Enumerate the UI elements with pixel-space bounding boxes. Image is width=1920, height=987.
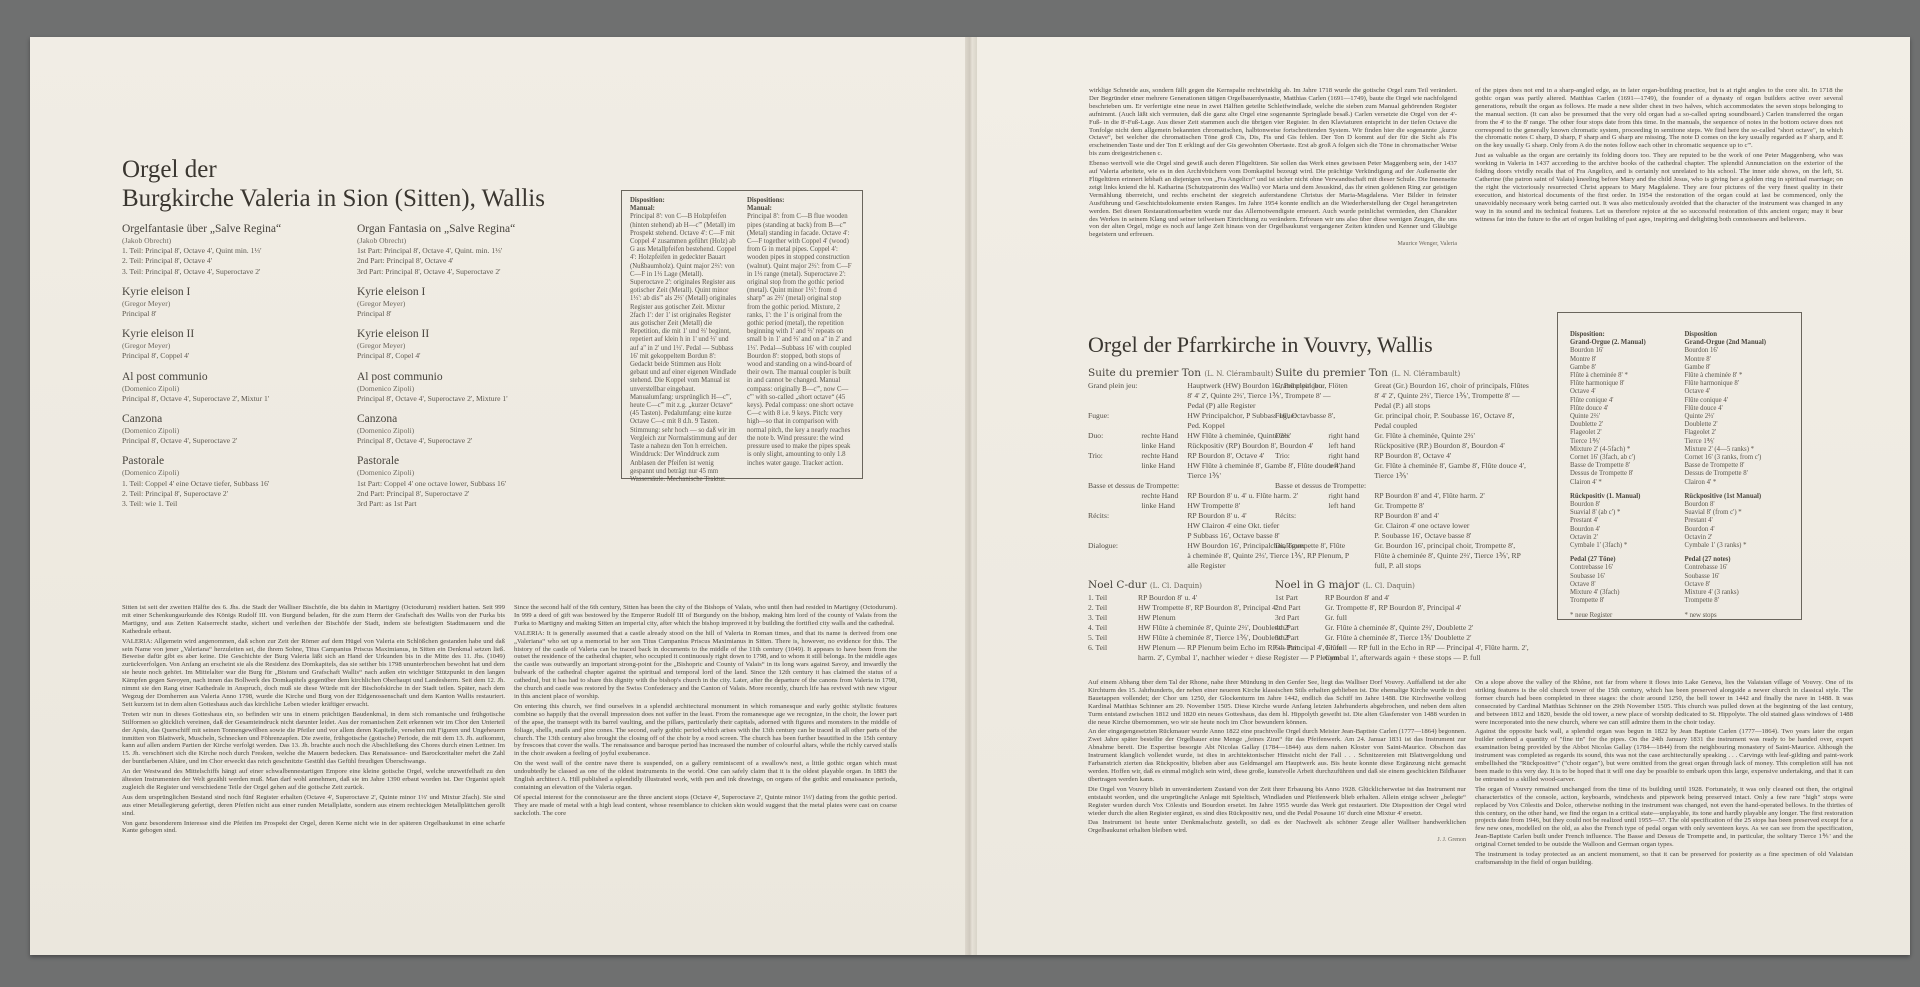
piece-composer: (Domenico Zipoli) xyxy=(122,468,332,478)
page-title-valeria: Orgel der Burgkirche Valeria in Sion (Si… xyxy=(122,155,545,213)
row-registration: P. Soubasse 16', Octave basse 8' xyxy=(1374,531,1535,541)
registration-row: Duo:right handGr. Flûte à cheminée, Quin… xyxy=(1275,431,1535,441)
registration-row: Basse et dessus de Trompette: xyxy=(1275,481,1535,491)
registration-line: Principal 8', Octave 4', Superoctave 2',… xyxy=(357,394,567,404)
footnote: * new stops xyxy=(1685,612,1790,620)
registration-line: Principal 8', Octave 4', Superoctave 2',… xyxy=(122,394,332,404)
history-english-continued: of the pipes does not end in a sharp-ang… xyxy=(1475,87,1843,299)
piece-composer: (Gregor Meyer) xyxy=(122,341,332,351)
paragraph: Of special interest for the connoisseur … xyxy=(514,794,897,818)
hand-label xyxy=(1328,411,1374,431)
stop: Cornet 16' (3 ranks, from c') xyxy=(1685,454,1790,462)
history-english: Since the second half of the 6th century… xyxy=(514,604,897,934)
row-label: Grand plein jeu: xyxy=(1088,381,1141,411)
disposition-heading: Disposition xyxy=(1685,331,1790,339)
registration-row: Gr. Clairon 4' one octave lower xyxy=(1275,521,1535,531)
stop: Bourdon 4' xyxy=(1570,526,1675,534)
hand-label xyxy=(1328,531,1374,541)
row-label: 4th Part xyxy=(1275,623,1325,633)
hand-label xyxy=(1328,541,1374,571)
program-piece: Canzona(Domenico Zipoli)Principal 8', Oc… xyxy=(357,412,567,446)
piece-composer: (Gregor Meyer) xyxy=(122,299,332,309)
disposition-box-valeria: Disposition: Manual: Principal 8': von C… xyxy=(621,190,863,479)
registration-row: left handGr. Trompette 8' xyxy=(1275,501,1535,511)
stop: Bourdon 8' xyxy=(1685,501,1790,509)
row-label: 6th Part xyxy=(1275,643,1325,663)
piece-title: Organ Fantasia on „Salve Regina“ xyxy=(357,222,567,236)
row-label xyxy=(1088,531,1141,541)
paragraph: An der eingegengesetzten Rückmauer wurde… xyxy=(1088,728,1466,783)
stop: Flûte conique 4' xyxy=(1685,397,1790,405)
row-registration: RP Bourdon 8', Octave 4' xyxy=(1374,451,1535,461)
row-label xyxy=(1275,491,1328,501)
paragraph: Against the opposite back wall, a splend… xyxy=(1475,728,1853,783)
row-label: 2. Teil xyxy=(1088,603,1138,613)
paragraph: On a slope above the valley of the Rhône… xyxy=(1475,679,1853,726)
piece-composer: (Domenico Zipoli) xyxy=(357,468,567,478)
disposition-text: Principal 8': from C—B flue wooden pipes… xyxy=(747,213,854,467)
stop: Flûte douce 4' xyxy=(1570,405,1675,413)
hand-label: linke Hand xyxy=(1141,461,1187,481)
registration-line: Principal 8' xyxy=(122,309,332,319)
row-label xyxy=(1275,521,1328,531)
stop: Doublette 2' xyxy=(1685,421,1790,429)
registration-line: 1st Part: Coppel 4' one octave lower, Su… xyxy=(357,479,567,489)
hand-label: left hand xyxy=(1328,441,1374,451)
paragraph: Aus dem ursprünglichen Bestand sind noch… xyxy=(122,794,505,818)
row-label: Récits: xyxy=(1088,511,1141,521)
paragraph: of the pipes does not end in a sharp-ang… xyxy=(1475,87,1843,150)
piece-composer: (Domenico Zipoli) xyxy=(357,426,567,436)
piece-composer: (Jakob Obrecht) xyxy=(122,236,332,246)
section-pedal: Pedal (27 notes) xyxy=(1685,556,1790,564)
row-registration: Gr. Flûte à cheminée 8', Quinte 2⅔', Dou… xyxy=(1325,623,1535,633)
program-english: Organ Fantasia on „Salve Regina“(Jakob O… xyxy=(357,222,567,517)
piece-title: Pastorale xyxy=(122,454,332,468)
program-piece: Pastorale(Domenico Zipoli)1st Part: Copp… xyxy=(357,454,567,509)
stop: Contrebasse 16' xyxy=(1570,564,1675,572)
disposition-english: Dispositions: Manual: Principal 8': from… xyxy=(747,197,854,484)
row-label xyxy=(1088,461,1141,481)
piece-composer: (Domenico Zipoli) xyxy=(357,384,567,394)
registration-line: 3rd Part: Principal 8', Octave 4', Super… xyxy=(357,267,567,277)
registration-line: 2nd Part: Principal 8', Superoctave 2' xyxy=(357,489,567,499)
registration-line: 2nd Part: Principal 8', Octave 4' xyxy=(357,256,567,266)
footnote: * neue Register xyxy=(1570,612,1675,620)
manual-heading: Manual: xyxy=(747,205,854,213)
row-label: 4. Teil xyxy=(1088,623,1138,633)
row-registration: Great (Gr.) Bourdon 16', choir of princi… xyxy=(1374,381,1535,411)
program-piece: Orgelfantasie über „Salve Regina“(Jakob … xyxy=(122,222,332,277)
stop: Trompette 8' xyxy=(1685,597,1790,605)
paragraph: wirklige Schneide aus, sondern fällt geg… xyxy=(1089,87,1457,158)
program-piece: Al post communio(Domenico Zipoli)Princip… xyxy=(122,370,332,404)
row-label: Fugue: xyxy=(1275,411,1328,431)
piece-title: Kyrie eleison I xyxy=(122,285,332,299)
registration-table: Grand plein jeu:Great (Gr.) Bourdon 16',… xyxy=(1275,381,1535,571)
stop: Dessus de Trompette 8' xyxy=(1685,470,1790,478)
row-registration: RP Bourdon 8' and 4', Flûte harm. 2' xyxy=(1374,491,1535,501)
section-grand-orgue: Grand-Orgue (2. Manual) xyxy=(1570,339,1675,347)
stop: Flûte douce 4' xyxy=(1685,405,1790,413)
piece-composer: (Gregor Meyer) xyxy=(357,341,567,351)
piece-title: Al post communio xyxy=(122,370,332,384)
row-label: Duo: xyxy=(1275,431,1328,441)
stop: Mixture 2' (4—5 ranks) * xyxy=(1685,446,1790,454)
registration-row: Récits:RP Bourdon 8' and 4' xyxy=(1275,511,1535,521)
hand-label: left hand xyxy=(1328,501,1374,511)
program-piece: Al post communio(Domenico Zipoli)Princip… xyxy=(357,370,567,404)
row-registration: Gr. Trompette 8' xyxy=(1374,501,1535,511)
stop: Gambe 8' xyxy=(1685,364,1790,372)
signature: J. J. Grenon xyxy=(1088,837,1466,845)
program-piece: Kyrie eleison I(Gregor Meyer)Principal 8… xyxy=(357,285,567,319)
piece-title: Al post communio xyxy=(357,370,567,384)
hand-label xyxy=(1141,541,1187,571)
registration-row: left handGr. Flûte à cheminée 8', Gambe … xyxy=(1275,461,1535,481)
hand-label: right hand xyxy=(1328,451,1374,461)
row-label: Basse et dessus de Trompette: xyxy=(1275,481,1535,491)
stop: Prestant 4' xyxy=(1570,517,1675,525)
registration-row: 1st PartRP Bourdon 8' and 4' xyxy=(1275,593,1535,603)
hand-label xyxy=(1141,411,1187,431)
hand-label: right hand xyxy=(1328,491,1374,501)
stop: Quinte 2⅔' xyxy=(1685,413,1790,421)
registration-line: 1. Teil: Principal 8', Octave 4', Quint … xyxy=(122,246,332,256)
registration-row: P. Soubasse 16', Octave basse 8' xyxy=(1275,531,1535,541)
program-piece: Kyrie eleison II(Gregor Meyer)Principal … xyxy=(357,327,567,361)
stop: Tierce 1⅗' xyxy=(1570,438,1675,446)
stop: Bourdon 8' xyxy=(1570,501,1675,509)
piece-composer: (Domenico Zipoli) xyxy=(122,384,332,394)
hand-label: rechte Hand xyxy=(1141,491,1187,501)
stop: Flageolet 2' xyxy=(1570,429,1675,437)
registration-row: 2nd PartGr. Trompette 8', RP Bourdon 8',… xyxy=(1275,603,1535,613)
record-sleeve-insert: Orgel der Burgkirche Valeria in Sion (Si… xyxy=(30,37,1910,955)
stop: Contrebasse 16' xyxy=(1685,564,1790,572)
registration-line: Principal 8' xyxy=(357,309,567,319)
stop: Basse de Trompette 8' xyxy=(1685,462,1790,470)
history-german: Sitten ist seit der zweiten Hälfte des 6… xyxy=(122,604,505,934)
stop: Cornet 16' (3fach, ab c') xyxy=(1570,454,1675,462)
row-registration: Gr. Flûte à cheminée 8', Gambe 8', Flûte… xyxy=(1374,461,1535,481)
stop: Suavial 8' (ab c') * xyxy=(1570,509,1675,517)
row-label: 5th Part xyxy=(1275,633,1325,643)
paragraph: Ebenso wertvoll wie die Orgel sind gewiß… xyxy=(1089,160,1457,239)
row-registration: Rückpositive (RP.) Bourdon 8', Bourdon 4… xyxy=(1374,441,1535,451)
section-grand-orgue: Grand-Orgue (2nd Manual) xyxy=(1685,339,1790,347)
section-rueckpositiv: Rückpositiv (1. Manual) xyxy=(1570,493,1675,501)
row-label: 3rd Part xyxy=(1275,613,1325,623)
row-registration: RP Bourdon 8' and 4' xyxy=(1325,593,1535,603)
row-label xyxy=(1275,501,1328,511)
stop: Mixture 2' (4-5fach) * xyxy=(1570,446,1675,454)
registration-row: right handRP Bourdon 8' and 4', Flûte ha… xyxy=(1275,491,1535,501)
stop: Cymbale 1' (3 ranks) * xyxy=(1685,542,1790,550)
stop: Bourdon 16' xyxy=(1685,347,1790,355)
piece-title: Pastorale xyxy=(357,454,567,468)
row-label xyxy=(1088,441,1141,451)
suite-title: Suite du premier Ton (L. N. Clérambault) xyxy=(1275,367,1535,379)
row-label: Dialogue: xyxy=(1088,541,1141,571)
paragraph: On the west wall of the centre nave ther… xyxy=(514,760,897,792)
row-label xyxy=(1088,501,1141,511)
registration-line: 3. Teil: Principal 8', Octave 4', Supero… xyxy=(122,267,332,277)
row-registration: Gr. Bourdon 16', principal choir, Trompe… xyxy=(1374,541,1535,571)
disposition-german: Disposition: Manual: Principal 8': von C… xyxy=(630,197,737,484)
paragraph: The organ of Vouvry remained unchanged f… xyxy=(1475,786,1853,849)
piece-title: Canzona xyxy=(122,412,332,426)
registration-line: 1. Teil: Coppel 4' eine Octave tiefer, S… xyxy=(122,479,332,489)
right-page: wirklige Schneide aus, sondern fällt geg… xyxy=(977,37,1910,955)
stop: Octave 4' xyxy=(1570,388,1675,396)
row-registration: Gr. full — RP full in the Echo in RP — P… xyxy=(1325,643,1535,663)
stop: Montre 8' xyxy=(1570,356,1675,364)
center-fold xyxy=(965,37,977,955)
row-registration: Gr. Clairon 4' one octave lower xyxy=(1374,521,1535,531)
registration-row: 5th PartGr. Flûte à cheminée 8', Tierce … xyxy=(1275,633,1535,643)
stop: Quinte 2⅔' xyxy=(1570,413,1675,421)
registration-line: 1st Part: Principal 8', Octave 4', Quint… xyxy=(357,246,567,256)
row-label: 6. Teil xyxy=(1088,643,1138,663)
paragraph: Treten wir nun in dieses Gotteshaus ein,… xyxy=(122,711,505,766)
program-piece: Kyrie eleison I(Gregor Meyer)Principal 8… xyxy=(122,285,332,319)
row-label: Grand plein jeu: xyxy=(1275,381,1328,411)
registration-row: 4th PartGr. Flûte à cheminée 8', Quinte … xyxy=(1275,623,1535,633)
title-line-2: Burgkirche Valeria in Sion (Sitten), Wal… xyxy=(122,184,545,213)
registration-row: Trio:right handRP Bourdon 8', Octave 4' xyxy=(1275,451,1535,461)
row-registration: Gr. Flûte à cheminée 8', Tierce 1⅗' Doub… xyxy=(1325,633,1535,643)
row-label xyxy=(1275,441,1328,451)
piece-composer: (Jakob Obrecht) xyxy=(357,236,567,246)
hand-label: rechte Hand xyxy=(1141,431,1187,441)
stop: Soubasse 16' xyxy=(1685,573,1790,581)
paragraph: VALERIA: Allgemein wird angenommen, daß … xyxy=(122,638,505,709)
program-piece: Organ Fantasia on „Salve Regina“(Jakob O… xyxy=(357,222,567,277)
stop: Prestant 4' xyxy=(1685,517,1790,525)
row-label: Trio: xyxy=(1275,451,1328,461)
piece-composer: (Domenico Zipoli) xyxy=(122,426,332,436)
registration-row: Fugue:Gr. principal choir, P. Soubasse 1… xyxy=(1275,411,1535,431)
registration-line: 3rd Part: as 1st Part xyxy=(357,499,567,509)
row-label: Trio: xyxy=(1088,451,1141,461)
hand-label xyxy=(1328,511,1374,521)
paragraph: An der Westwand des Mittelschiffs hängt … xyxy=(122,768,505,792)
stop: Bourdon 16' xyxy=(1570,347,1675,355)
row-label: Duo: xyxy=(1088,431,1141,441)
stop: Flûte conique 4' xyxy=(1570,397,1675,405)
paragraph: The instrument is today protected as an … xyxy=(1475,851,1853,867)
row-label: Récits: xyxy=(1275,511,1328,521)
row-registration: Gr. full xyxy=(1325,613,1535,623)
registration-row: Dialogue:Gr. Bourdon 16', principal choi… xyxy=(1275,541,1535,571)
program-piece: Pastorale(Domenico Zipoli)1. Teil: Coppe… xyxy=(122,454,332,509)
paragraph: VALERIA: It is generally assumed that a … xyxy=(514,630,897,701)
program-piece: Canzona(Domenico Zipoli)Principal 8', Oc… xyxy=(122,412,332,446)
registration-row: Grand plein jeu:Great (Gr.) Bourdon 16',… xyxy=(1275,381,1535,411)
row-label: 5. Teil xyxy=(1088,633,1138,643)
row-registration: Gr. Trompette 8', RP Bourdon 8', Princip… xyxy=(1325,603,1535,613)
row-label xyxy=(1275,461,1328,481)
piece-title: Kyrie eleison II xyxy=(357,327,567,341)
disposition-heading: Dispositions: xyxy=(747,197,854,205)
paragraph: Die Orgel von Vouvry blieb in unveränder… xyxy=(1088,786,1466,818)
paragraph: Auf einem Abhang über dem Tal der Rhone,… xyxy=(1088,679,1466,726)
history-german-continued: wirklige Schneide aus, sondern fällt geg… xyxy=(1089,87,1457,287)
stop: Octave 8' xyxy=(1685,581,1790,589)
hand-label: linke Hand xyxy=(1141,441,1187,451)
stop: Flageolet 2' xyxy=(1685,429,1790,437)
hand-label: left hand xyxy=(1328,461,1374,481)
registration-line: Principal 8', Coppel 4' xyxy=(122,351,332,361)
page-title-vouvry: Orgel der Pfarrkirche in Vouvry, Wallis xyxy=(1088,332,1433,358)
registration-line: Principal 8', Copel 4' xyxy=(357,351,567,361)
stop: Basse de Trompette 8' xyxy=(1570,462,1675,470)
row-registration: Gr. principal choir, P. Soubasse 16', Oc… xyxy=(1374,411,1535,431)
stop: Clairon 4' * xyxy=(1685,479,1790,487)
stop: Gambe 8' xyxy=(1570,364,1675,372)
hand-label: linke Hand xyxy=(1141,501,1187,511)
hand-label xyxy=(1328,381,1374,411)
stop: Clairon 4' * xyxy=(1570,479,1675,487)
program-piece: Kyrie eleison II(Gregor Meyer)Principal … xyxy=(122,327,332,361)
registration-row: left handRückpositive (RP.) Bourdon 8', … xyxy=(1275,441,1535,451)
stop: Mixture 4' (3fach) xyxy=(1570,589,1675,597)
stop: Tierce 1⅗' xyxy=(1685,438,1790,446)
title-line-1: Orgel der xyxy=(122,155,545,184)
row-registration: Gr. Flûte à cheminée, Quinte 2⅔' xyxy=(1374,431,1535,441)
piece-title: Orgelfantasie über „Salve Regina“ xyxy=(122,222,332,236)
disposition-column: Disposition:Grand-Orgue (2. Manual)Bourd… xyxy=(1570,331,1675,620)
stop: Octave 8' xyxy=(1570,581,1675,589)
row-label: Dialogue: xyxy=(1275,541,1328,571)
signature: Maurice Wenger, Valeria xyxy=(1089,241,1457,249)
registration-line: 2. Teil: Principal 8', Superoctave 2' xyxy=(122,489,332,499)
stop: Dessus de Trompette 8' xyxy=(1570,470,1675,478)
disposition-text: Principal 8': von C—B Holzpfeifen (hinte… xyxy=(630,213,737,484)
piece-composer: (Gregor Meyer) xyxy=(357,299,567,309)
row-registration: RP Bourdon 8' and 4' xyxy=(1374,511,1535,521)
disposition-box-vouvry: Disposition:Grand-Orgue (2. Manual)Bourd… xyxy=(1557,312,1802,620)
stop: Flûte à cheminée 8' * xyxy=(1570,372,1675,380)
stop: Octavin 2' xyxy=(1570,534,1675,542)
suite-english: Suite du premier Ton (L. N. Clérambault)… xyxy=(1275,365,1535,663)
manual-heading: Manual: xyxy=(630,205,737,213)
paragraph: Just as valuable as the organ are certai… xyxy=(1475,152,1843,223)
stop: Mixture 4' (3 ranks) xyxy=(1685,589,1790,597)
section-pedal: Pedal (27 Töne) xyxy=(1570,556,1675,564)
stop: Soubasse 16' xyxy=(1570,573,1675,581)
stop: Octavin 2' xyxy=(1685,534,1790,542)
registration-line: 3. Teil: wie 1. Teil xyxy=(122,499,332,509)
hand-label: rechte Hand xyxy=(1141,451,1187,461)
noel-title: Noel in G major (L. Cl. Daquin) xyxy=(1275,579,1535,591)
piece-title: Kyrie eleison II xyxy=(122,327,332,341)
vouvry-history-english: On a slope above the valley of the Rhône… xyxy=(1475,679,1853,937)
stop: Montre 8' xyxy=(1685,356,1790,364)
registration-row: 3rd PartGr. full xyxy=(1275,613,1535,623)
row-label: 3. Teil xyxy=(1088,613,1138,623)
row-label: Fugue: xyxy=(1088,411,1141,431)
hand-label: right hand xyxy=(1328,431,1374,441)
paragraph: Sitten ist seit der zweiten Hälfte des 6… xyxy=(122,604,505,636)
hand-label xyxy=(1141,521,1187,531)
stop: Bourdon 4' xyxy=(1685,526,1790,534)
row-label: 2nd Part xyxy=(1275,603,1325,613)
piece-title: Kyrie eleison I xyxy=(357,285,567,299)
hand-label xyxy=(1328,521,1374,531)
stop: Cymbale 1' (3fach) * xyxy=(1570,542,1675,550)
hand-label xyxy=(1141,511,1187,521)
row-label xyxy=(1088,521,1141,531)
disposition-column: DispositionGrand-Orgue (2nd Manual)Bourd… xyxy=(1685,331,1790,620)
stop: Flûte à cheminée 8' * xyxy=(1685,372,1790,380)
stop: Doublette 2' xyxy=(1570,421,1675,429)
vouvry-history-german: Auf einem Abhang über dem Tal der Rhone,… xyxy=(1088,679,1466,937)
disposition-heading: Disposition: xyxy=(630,197,737,205)
row-label: 1. Teil xyxy=(1088,593,1138,603)
row-label xyxy=(1275,531,1328,541)
paragraph: Von ganz besonderem Interesse sind die P… xyxy=(122,820,505,836)
paragraph: Das Instrument ist heute unter Denkmalsc… xyxy=(1088,819,1466,835)
section-rueckpositiv: Rückpositive (1st Manual) xyxy=(1685,493,1790,501)
registration-line: 2. Teil: Principal 8', Octave 4' xyxy=(122,256,332,266)
hand-label xyxy=(1141,531,1187,541)
program-german: Orgelfantasie über „Salve Regina“(Jakob … xyxy=(122,222,332,517)
row-label xyxy=(1088,491,1141,501)
paragraph: On entering this church, we find ourselv… xyxy=(514,703,897,758)
paragraph: Since the second half of the 6th century… xyxy=(514,604,897,628)
left-page: Orgel der Burgkirche Valeria in Sion (Si… xyxy=(30,37,965,955)
registration-line: Principal 8', Octave 4', Superoctave 2' xyxy=(122,436,332,446)
row-label: 1st Part xyxy=(1275,593,1325,603)
registration-row: 6th PartGr. full — RP full in the Echo i… xyxy=(1275,643,1535,663)
stop: Suavial 8' (from c') * xyxy=(1685,509,1790,517)
stop: Flûte harmonique 8' xyxy=(1570,380,1675,388)
piece-title: Canzona xyxy=(357,412,567,426)
stop: Trompette 8' xyxy=(1570,597,1675,605)
stop: Octave 4' xyxy=(1685,388,1790,396)
hand-label xyxy=(1141,381,1187,411)
registration-line: Principal 8', Octave 4', Superoctave 2' xyxy=(357,436,567,446)
stop: Flûte harmonique 8' xyxy=(1685,380,1790,388)
disposition-heading: Disposition: xyxy=(1570,331,1675,339)
registration-table: 1st PartRP Bourdon 8' and 4'2nd PartGr. … xyxy=(1275,593,1535,663)
